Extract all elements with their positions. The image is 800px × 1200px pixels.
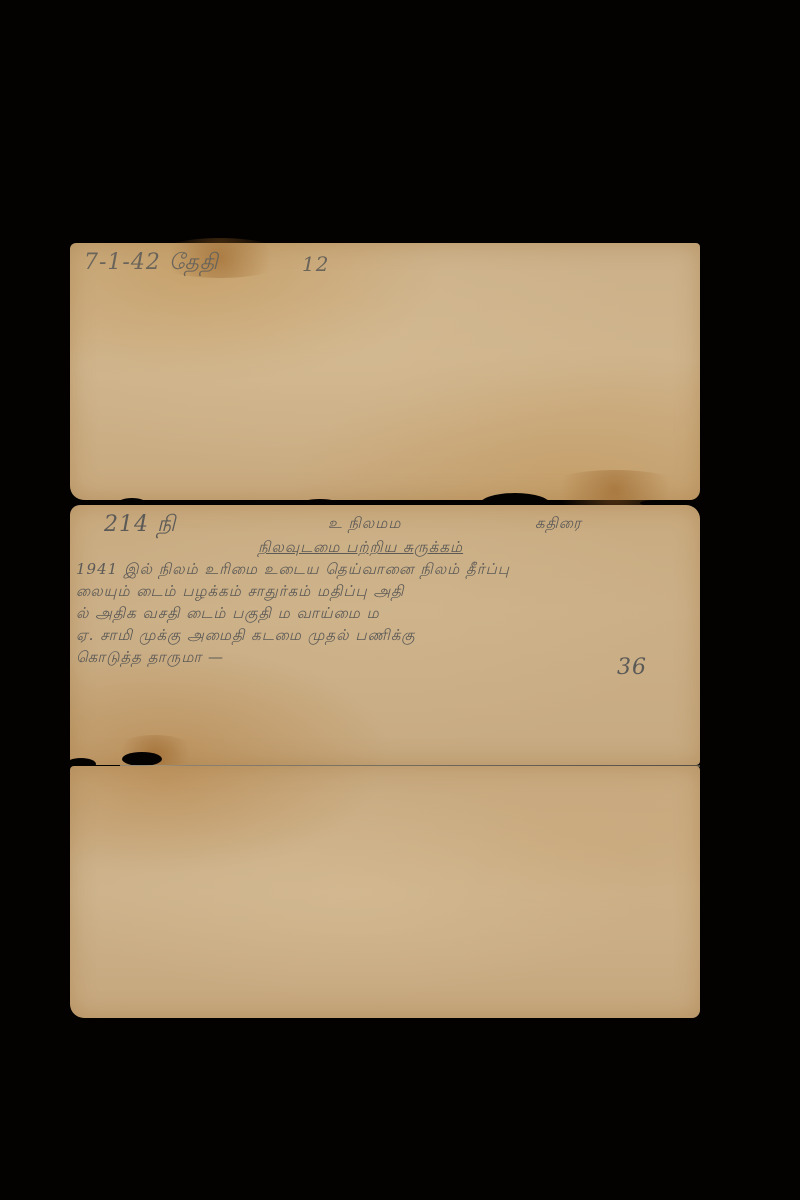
entry-value: 36 [617,655,647,680]
fold-tear [122,752,162,766]
entry-body-line: ஏ. சாமி முக்கு அமைதி கடமை முதல் பணிக்கு [76,626,416,646]
paper-panel-bottom [70,766,700,1018]
entry-body-line: 1941 இல் நிலம் உரிமை உடைய தெய்வானை நிலம்… [76,560,510,580]
paper-panel-top [70,243,700,500]
entry-number: 214 நி [104,512,176,540]
page-number: 12 [302,252,329,276]
entry-tag: கதிரை [535,514,582,534]
entry-body-line: கொடுத்த தாருமா — [76,648,224,668]
entry-category: உ நிலமம [328,514,401,534]
scan-background: 7-1-42 தேதி 12 214 நி உ நிலமம கதிரை நிலவ… [0,0,800,1200]
header-date: 7-1-42 தேதி [84,250,219,278]
entry-body-line: ல் அதிக வசதி டைம் பகுதி ம வாய்மை ம [76,604,380,624]
entry-body-line: லையும் டைம் பழக்கம் சாதுர்கம் மதிப்பு அத… [76,582,404,602]
entry-subtitle: நிலவுடமை பற்றிய சுருக்கம் [258,538,463,558]
